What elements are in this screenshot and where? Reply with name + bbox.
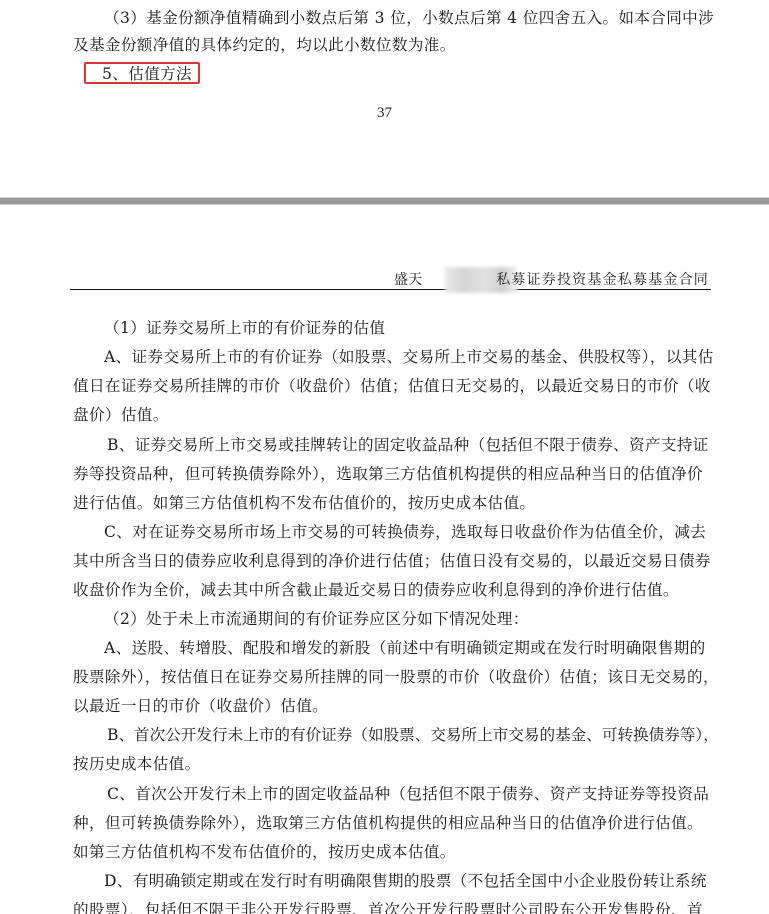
paragraph-line: B、首次公开发行未上市的有价证券（如股票、交易所上市交易的基金、可转换债券等）， <box>107 725 719 745</box>
document-page-38: 盛天 私募证券投资基金私募基金合同 （1）证券交易所上市的有价证券的估值 A、证… <box>0 205 769 914</box>
paragraph-line: 其中所含当日的债券应收利息得到的净价进行估值；估值日没有交易的，以最近交易日债券 <box>73 551 711 571</box>
subsection-title-listed-securities: （1）证券交易所上市的有价证券的估值 <box>104 318 385 338</box>
page-number: 37 <box>0 105 769 122</box>
paragraph-line: A、证券交易所上市的有价证券（如股票、交易所上市交易的基金、供股权等），以其估 <box>104 347 714 367</box>
paragraph-line: 及基金份额净值的具体约定的，均以此小数位数为准。 <box>73 35 456 55</box>
paragraph-line: 券等投资品种，但可转换债券除外），选取第三方估值机构提供的相应品种当日的估值净价 <box>73 464 703 484</box>
paragraph-line: C、首次公开发行未上市的固定收益品种（包括但不限于债券、资产支持证券等投资品 <box>107 784 709 804</box>
paragraph-line: B、证券交易所上市交易或挂牌转让的固定收益品种（包括但不限于债券、资产支持证 <box>107 435 709 455</box>
paragraph-line: 按历史成本估值。 <box>73 754 201 774</box>
page-separator <box>0 197 769 205</box>
paragraph-line: 盘价）估值。 <box>73 405 169 425</box>
section-heading-highlight-box: 5、估值方法 <box>84 62 200 84</box>
header-fund-name-prefix: 盛天 <box>394 269 422 289</box>
paragraph-line: 值日在证券交易所挂牌的市价（收盘价）估值；估值日无交易的，以最近交易日的市价（收 <box>73 376 711 396</box>
paragraph-line: 种，但可转换债券除外），选取第三方估值机构提供的相应品种当日的估值净价进行估值。 <box>73 813 703 833</box>
paragraph-line: 收盘价作为全价，减去其中所含截止最近交易日的债券应收利息得到的净价进行估值。 <box>73 580 679 600</box>
paragraph-line: （3）基金份额净值精确到小数点后第 3 位，小数点后第 4 位四舍五入。如本合同… <box>104 8 714 28</box>
running-header: 盛天 私募证券投资基金私募基金合同 <box>70 267 711 290</box>
paragraph-line: 如第三方估值机构不发布估值价的，按历史成本估值。 <box>73 842 456 862</box>
paragraph-line: 的股票），包括但不限于非公开发行股票、首次公开发行股票时公司股东公开发售股份、首 <box>73 900 703 914</box>
paragraph-line: D、有明确锁定期或在发行时有明确限售期的股票（不包括全国中小企业股份转让系统 <box>104 871 707 891</box>
subsection-title-unlisted-securities: （2）处于未上市流通期间的有价证券应区分如下情况处理： <box>104 609 529 629</box>
paragraph-line: C、对在证券交易所市场上市交易的可转换债券，选取每日收盘价作为估值全价，减去 <box>104 522 706 542</box>
paragraph-line: 股票除外），按估值日在证券交易所挂牌的同一股票的市价（收盘价）估值；该日无交易的… <box>73 667 719 687</box>
document-page-37: （3）基金份额净值精确到小数点后第 3 位，小数点后第 4 位四舍五入。如本合同… <box>0 0 769 197</box>
header-contract-title: 私募证券投资基金私募基金合同 <box>496 269 709 289</box>
paragraph-line: A、送股、转增股、配股和增发的新股（前述中有明确锁定期或在发行时明确限售期的 <box>104 638 706 658</box>
section-heading-valuation-method: 5、估值方法 <box>102 64 192 84</box>
paragraph-line: 以最近一日的市价（收盘价）估值。 <box>73 696 328 716</box>
paragraph-line: 进行估值。如第三方估值机构不发布估值价的，按历史成本估值。 <box>73 493 535 513</box>
